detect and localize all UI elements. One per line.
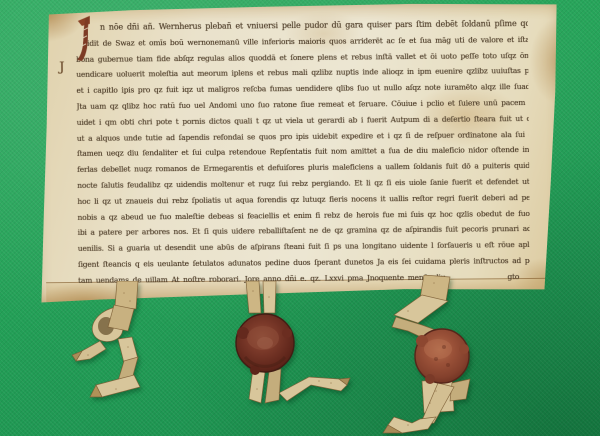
parchment-tag-left — [68, 281, 178, 407]
illuminated-initial-icon — [74, 14, 94, 62]
charter-photo: J n nōe dñi añ. Wernherus plebañ et vniu… — [0, 0, 600, 436]
parchment-charter: J n nōe dñi añ. Wernherus plebañ et vniu… — [36, 2, 562, 305]
marginal-initial: J — [59, 60, 64, 75]
charter-text-block: J n nōe dñi añ. Wernherus plebañ et vniu… — [76, 16, 530, 288]
dating-token: lr — [559, 268, 565, 284]
dating-token: gto — [507, 269, 519, 285]
wax-seal-middle — [223, 281, 358, 411]
wax-seal-right — [378, 275, 500, 435]
